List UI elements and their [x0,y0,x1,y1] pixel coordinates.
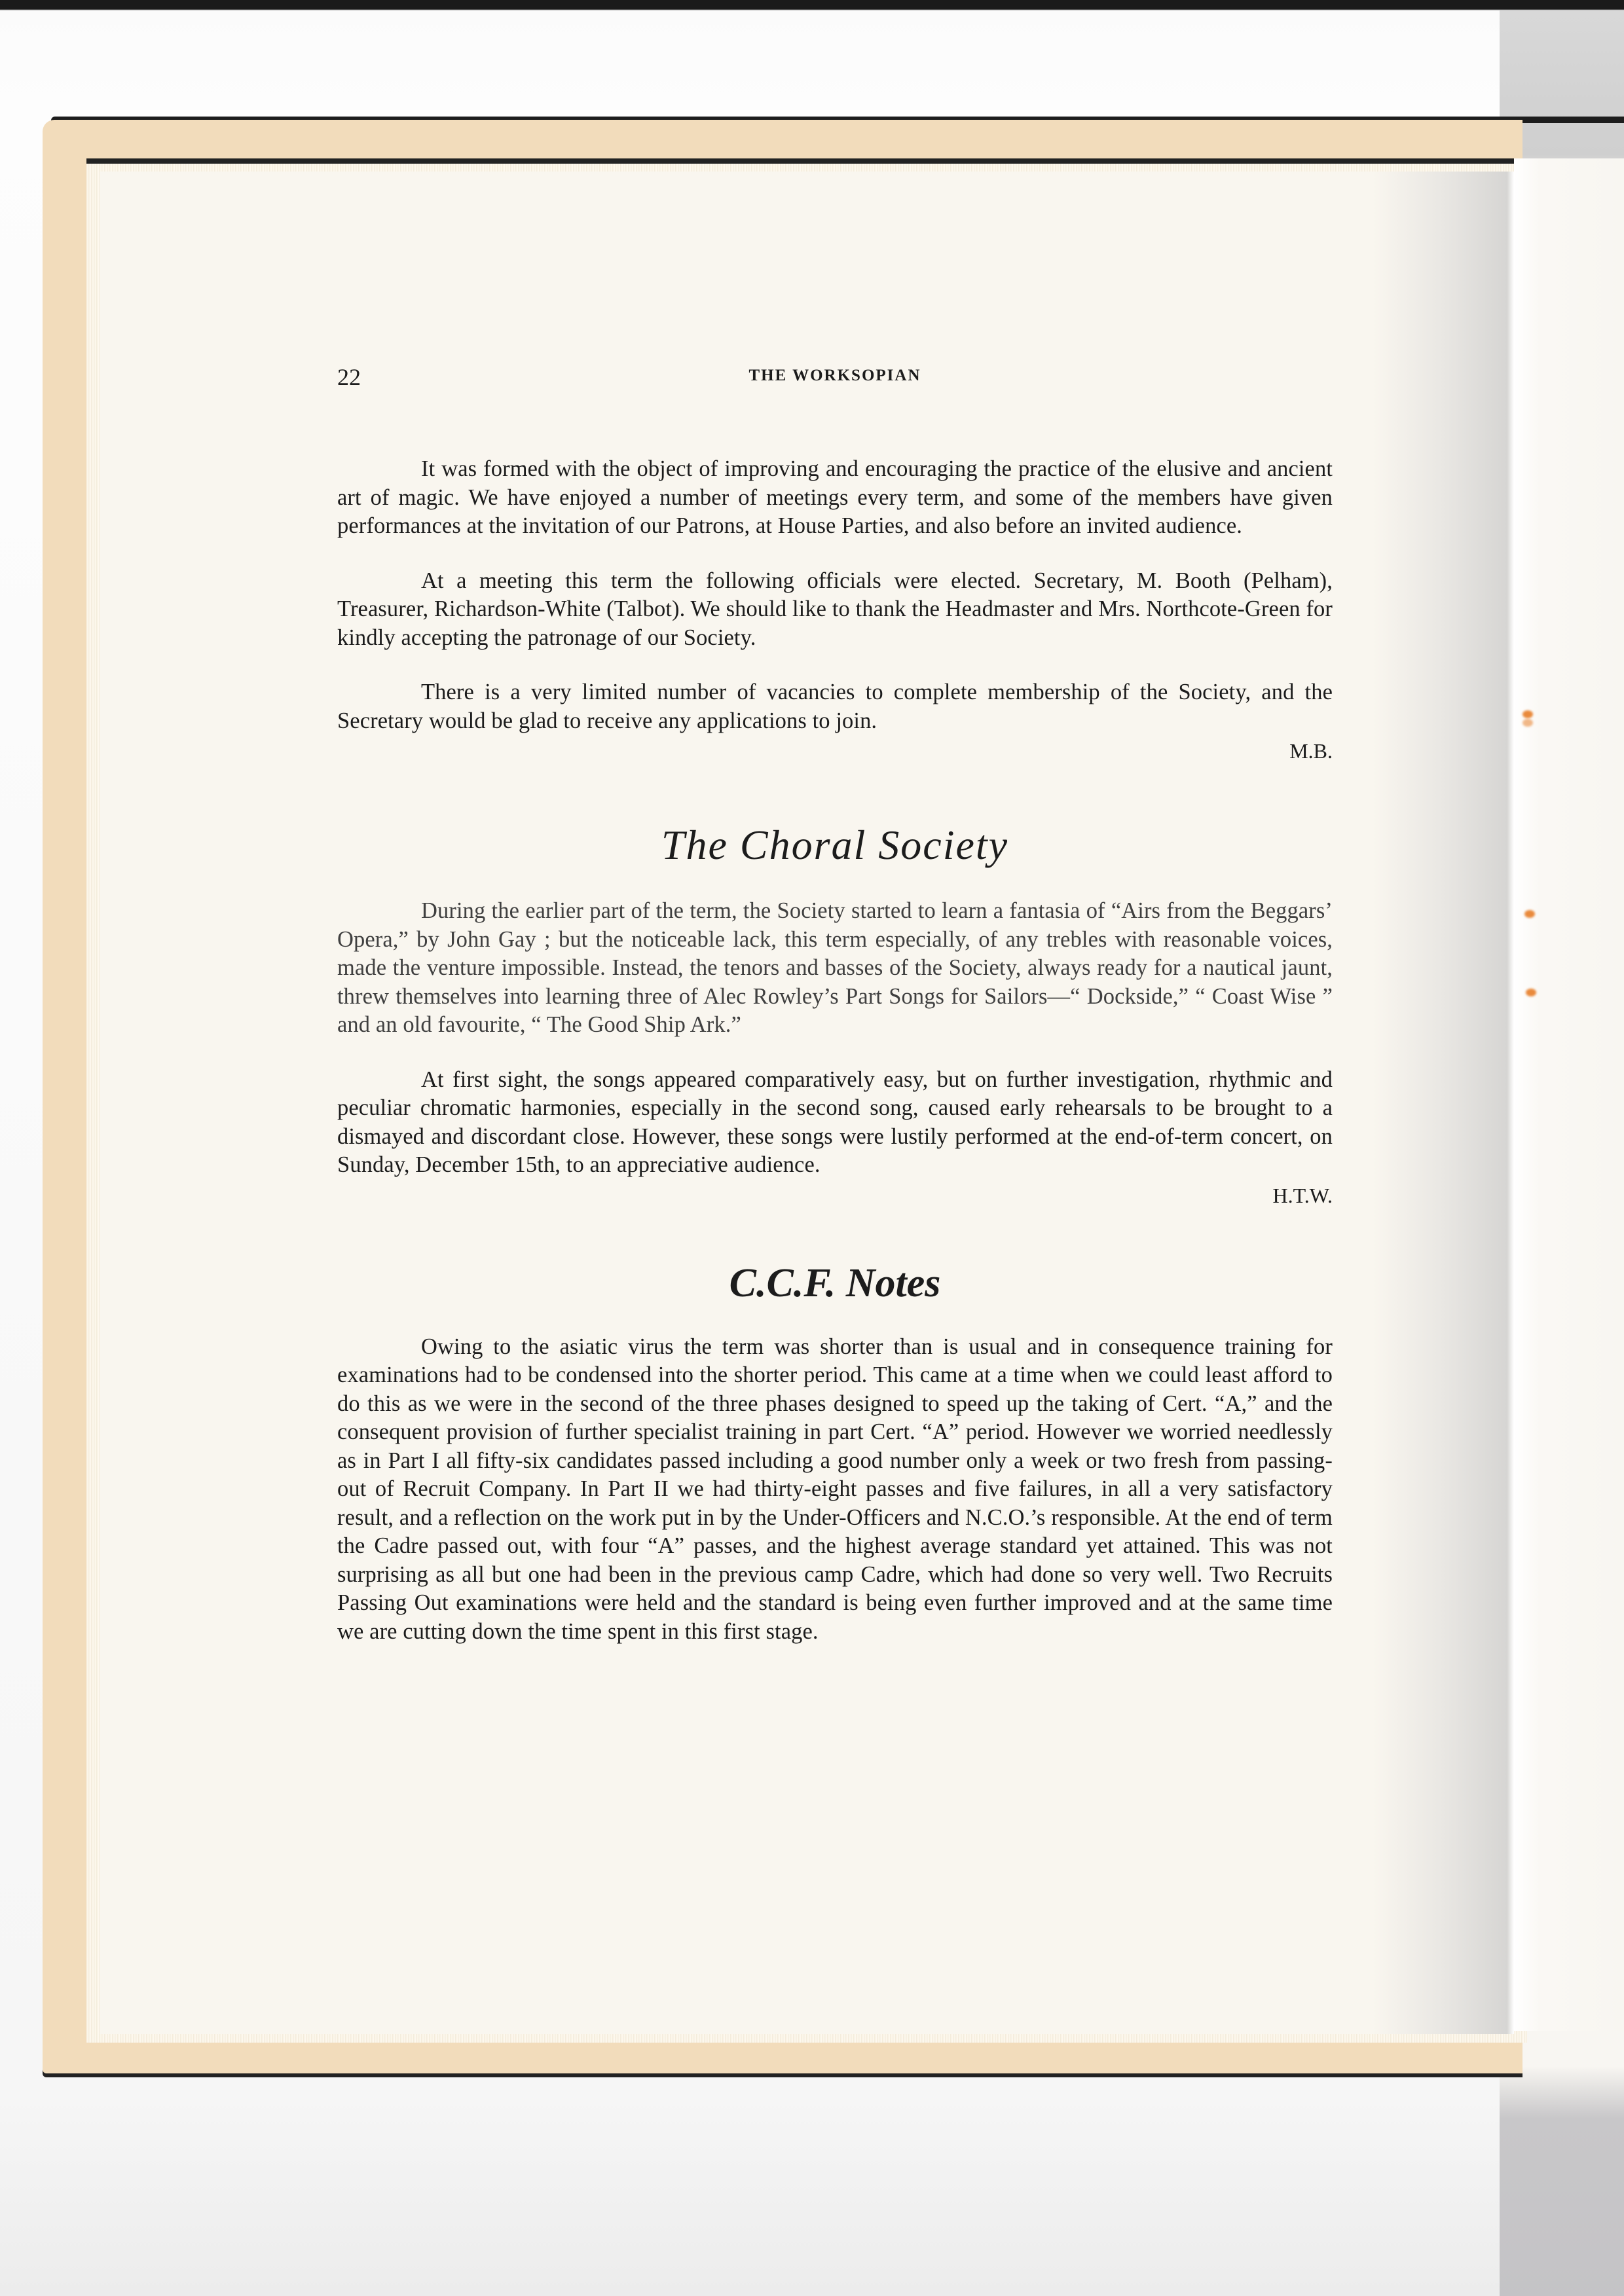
stain-mark [1522,719,1533,727]
stain-mark [1524,910,1535,918]
section-title: The Choral Society [337,821,1333,869]
section-title: C.C.F. Notes [337,1260,1333,1307]
signature: H.T.W. [337,1184,1333,1208]
running-head: 22 THE WORKSOPIAN [337,354,1333,393]
paragraph: At a meeting this term the following off… [337,567,1333,653]
paragraph: At first sight, the songs appeared compa… [337,1066,1333,1180]
magic-society-section: It was formed with the object of improvi… [337,455,1333,763]
paragraph: There is a very limited number of vacanc… [337,678,1333,735]
page-right-edge [1514,158,1624,2031]
page-content: 22 THE WORKSOPIAN It was formed with the… [337,354,1333,1646]
paragraph: During the earlier part of the term, the… [337,897,1333,1040]
choral-society-section: The Choral Society During the earlier pa… [337,821,1333,1208]
paragraph: Owing to the asiatic virus the term was … [337,1333,1333,1647]
journal-title: THE WORKSOPIAN [337,367,1333,385]
stain-mark [1526,989,1536,996]
paragraph: It was formed with the object of improvi… [337,455,1333,541]
stain-mark [1522,710,1533,718]
signature: M.B. [337,739,1333,763]
ccf-notes-section: C.C.F. Notes Owing to the asiatic virus … [337,1260,1333,1647]
